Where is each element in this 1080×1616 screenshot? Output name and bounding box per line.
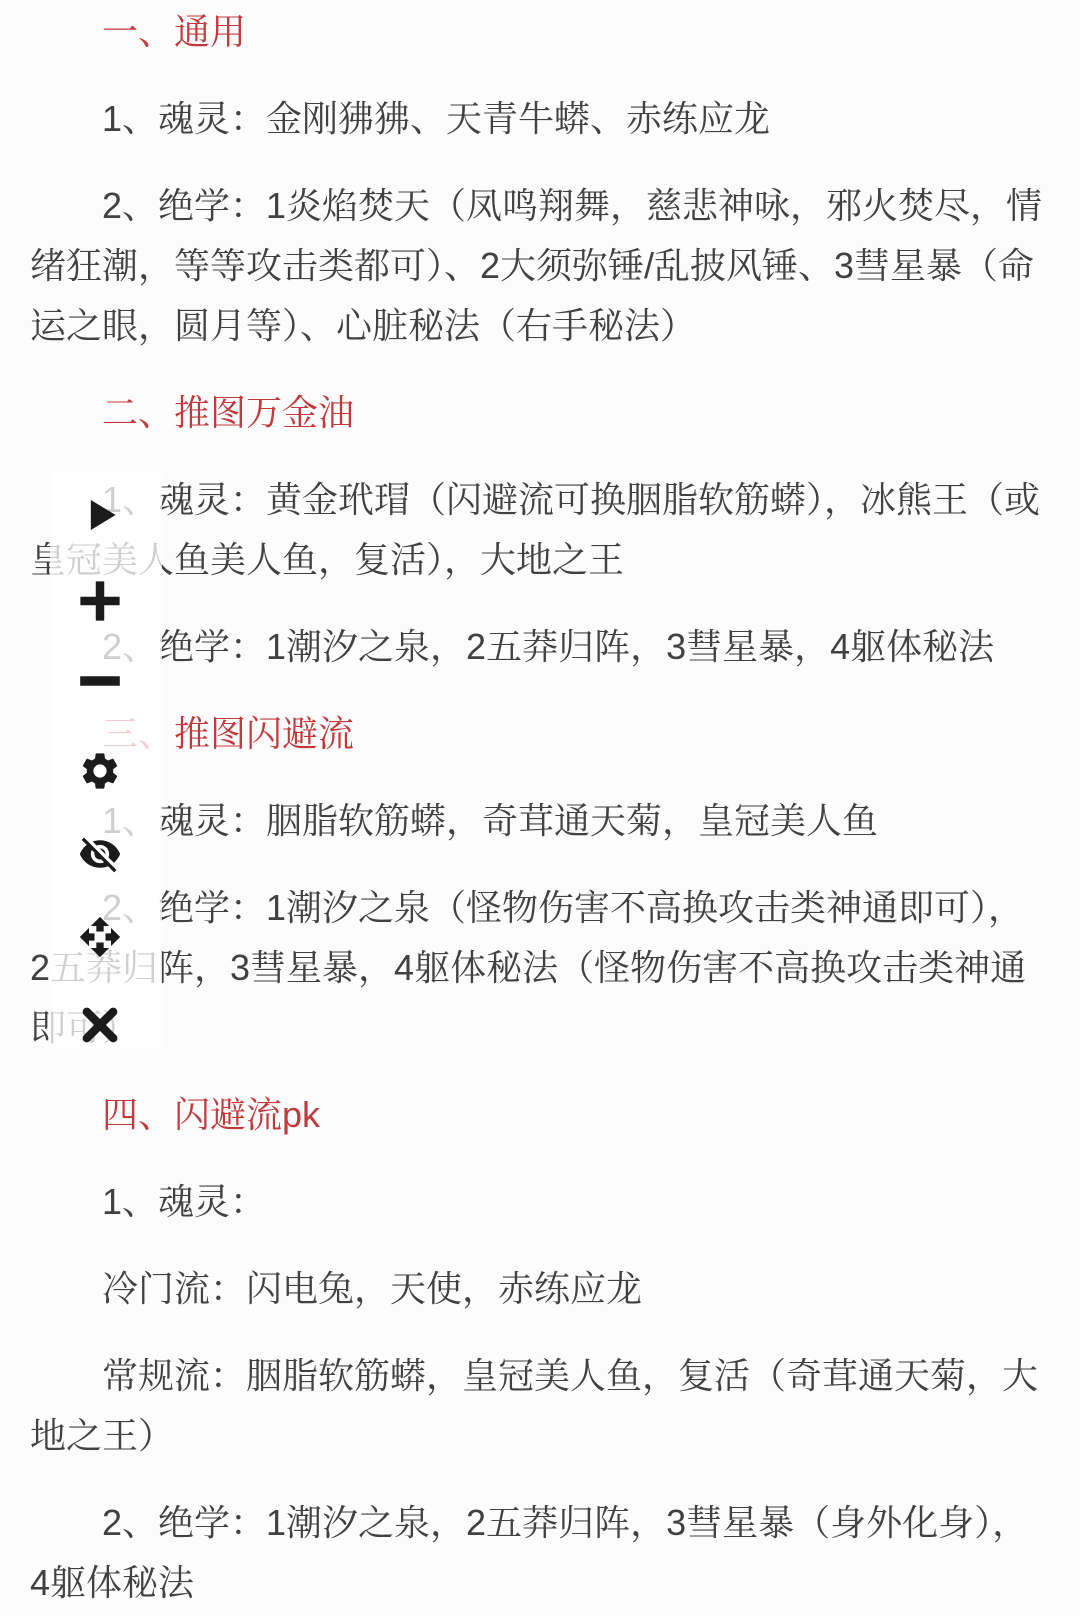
move-button[interactable] [78, 915, 122, 959]
paragraph: 2、绝学：1潮汐之泉，2五莽归阵，3彗星暴，4躯体秘法 [30, 617, 1060, 677]
zoom-in-button[interactable] [78, 579, 122, 623]
text-line: 4躯体秘法 [30, 1553, 1060, 1613]
text-line: 2、绝学：1潮汐之泉，2五莽归阵，3彗星暴（身外化身）， [30, 1493, 1060, 1553]
text-line: 2、绝学：1炎焰焚天（凤鸣翔舞，慈悲神咏，邪火焚尽，情 [30, 176, 1060, 236]
text-line: 常规流：胭脂软筋蟒，皇冠美人鱼，复活（奇茸通天菊，大 [30, 1346, 1060, 1406]
settings-button[interactable] [78, 749, 122, 793]
text-line: 绪狂潮，等等攻击类都可）、2大须弥锤/乱披风锤、3彗星暴（命 [30, 236, 1060, 296]
text-line: 1、魂灵：胭脂软筋蟒，奇茸通天菊，皇冠美人鱼 [30, 791, 1060, 851]
text-line: 1、魂灵：金刚狒狒、天青牛蟒、赤练应龙 [30, 89, 1060, 149]
eye-off-icon [78, 832, 122, 876]
paragraph: 1、魂灵：黄金玳瑁（闪避流可换胭脂软筋蟒），冰熊王（或 皇冠美人鱼美人鱼，复活）… [30, 470, 1060, 590]
document: 一、通用 1、魂灵：金刚狒狒、天青牛蟒、赤练应龙 2、绝学：1炎焰焚天（凤鸣翔舞… [0, 0, 1080, 1613]
section-heading: 二、推图万金油 [30, 383, 1060, 443]
section-4: 四、闪避流pk 1、魂灵： 冷门流：闪电兔，天使，赤练应龙 常规流：胭脂软筋蟒，… [30, 1085, 1060, 1613]
close-icon [78, 1003, 122, 1047]
play-button[interactable] [78, 493, 122, 537]
text-line: 1、魂灵：黄金玳瑁（闪避流可换胭脂软筋蟒），冰熊王（或 [30, 470, 1060, 530]
play-icon [78, 493, 122, 537]
text-line: 皇冠美人鱼美人鱼，复活），大地之王 [30, 530, 1060, 590]
plus-icon [78, 579, 122, 623]
text-line: 运之眼，圆月等）、心脏秘法（右手秘法） [30, 296, 1060, 356]
paragraph: 1、魂灵： [30, 1172, 1060, 1232]
paragraph: 2、绝学：1潮汐之泉（怪物伤害不高换攻击类神通即可）， 2五莽归阵，3彗星暴，4… [30, 878, 1060, 1058]
section-heading: 三、推图闪避流 [30, 704, 1060, 764]
section-3: 三、推图闪避流 1、魂灵：胭脂软筋蟒，奇茸通天菊，皇冠美人鱼 2、绝学：1潮汐之… [30, 704, 1060, 1058]
paragraph: 常规流：胭脂软筋蟒，皇冠美人鱼，复活（奇茸通天菊，大 地之王） [30, 1346, 1060, 1466]
text-line: 地之王） [30, 1406, 1060, 1466]
section-heading: 四、闪避流pk [30, 1085, 1060, 1145]
text-line: 1、魂灵： [30, 1172, 1060, 1232]
text-line: 冷门流：闪电兔，天使，赤练应龙 [30, 1259, 1060, 1319]
zoom-out-button[interactable] [78, 659, 122, 703]
minus-icon [78, 659, 122, 703]
text-line: 2五莽归阵，3彗星暴，4躯体秘法（怪物伤害不高换攻击类神通 [30, 938, 1060, 998]
annotation-toolbar [50, 472, 162, 1048]
text-line: 2、绝学：1潮汐之泉，2五莽归阵，3彗星暴，4躯体秘法 [30, 617, 1060, 677]
paragraph: 冷门流：闪电兔，天使，赤练应龙 [30, 1259, 1060, 1319]
paragraph: 1、魂灵：金刚狒狒、天青牛蟒、赤练应龙 [30, 89, 1060, 149]
text-line: 2、绝学：1潮汐之泉（怪物伤害不高换攻击类神通即可）， [30, 878, 1060, 938]
section-1: 一、通用 1、魂灵：金刚狒狒、天青牛蟒、赤练应龙 2、绝学：1炎焰焚天（凤鸣翔舞… [30, 2, 1060, 356]
section-2: 二、推图万金油 1、魂灵：黄金玳瑁（闪避流可换胭脂软筋蟒），冰熊王（或 皇冠美人… [30, 383, 1060, 677]
close-button[interactable] [78, 1003, 122, 1047]
move-arrows-icon [78, 915, 122, 959]
text-line: 即可） [30, 998, 1060, 1058]
gear-icon [78, 749, 122, 793]
paragraph: 2、绝学：1潮汐之泉，2五莽归阵，3彗星暴（身外化身）， 4躯体秘法 [30, 1493, 1060, 1613]
section-heading: 一、通用 [30, 2, 1060, 62]
hide-button[interactable] [78, 832, 122, 876]
paragraph: 2、绝学：1炎焰焚天（凤鸣翔舞，慈悲神咏，邪火焚尽，情 绪狂潮，等等攻击类都可）… [30, 176, 1060, 356]
paragraph: 1、魂灵：胭脂软筋蟒，奇茸通天菊，皇冠美人鱼 [30, 791, 1060, 851]
